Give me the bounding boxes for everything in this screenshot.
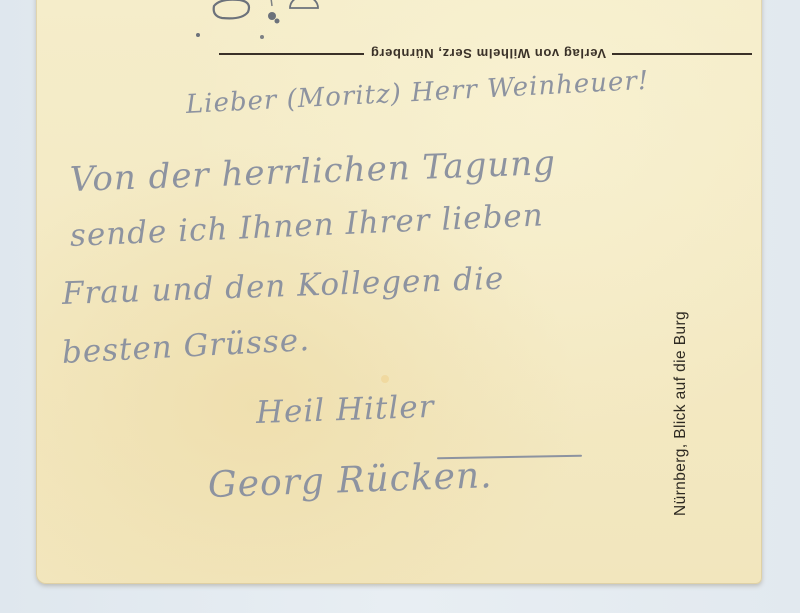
publisher-rule <box>219 53 364 55</box>
handwritten-closing: Heil Hitler <box>255 389 435 431</box>
postmark-stamp-icon <box>146 0 346 48</box>
publisher-line: Verlag von Wilhelm Serz, Nürnberg <box>112 44 752 64</box>
picture-caption: Nürnberg, Blick auf die Burg <box>672 311 690 516</box>
postmark: Bre <box>146 0 346 48</box>
publisher-rule <box>612 53 752 55</box>
publisher-text: Verlag von Wilhelm Serz, Nürnberg <box>364 47 612 62</box>
paper-stain <box>381 375 389 383</box>
